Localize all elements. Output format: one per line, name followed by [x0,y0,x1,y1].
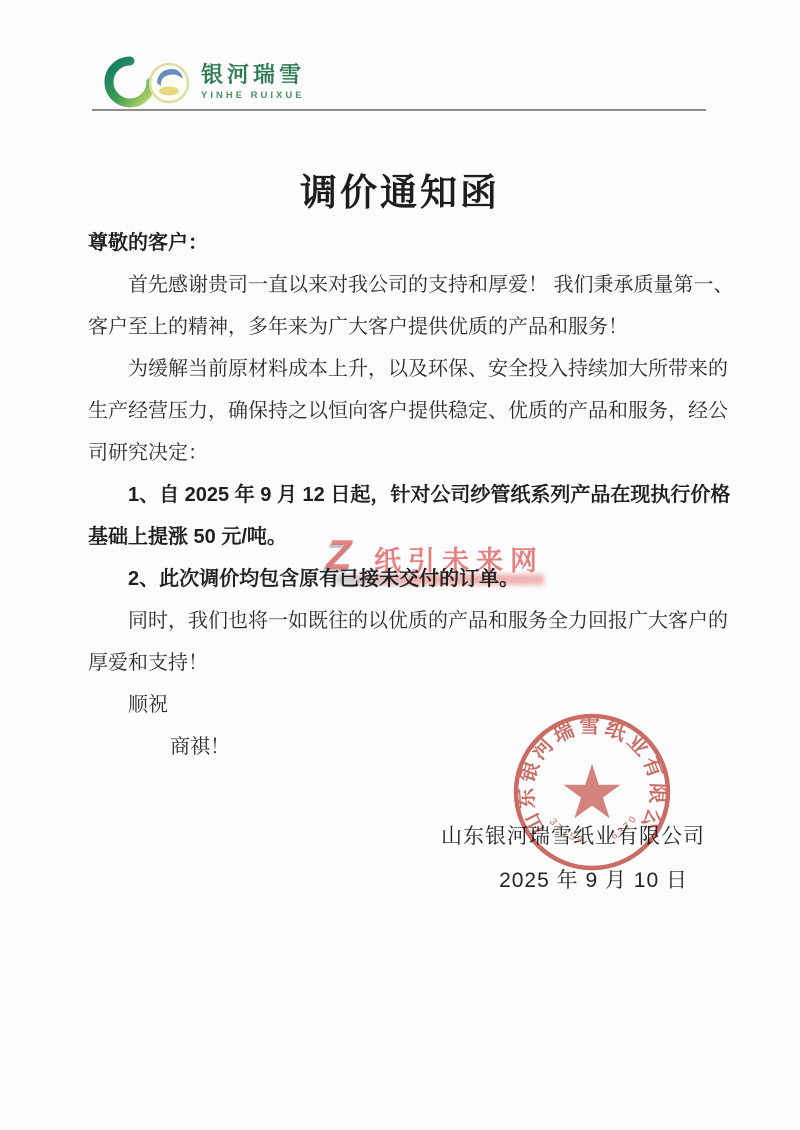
letter-line: 客户至上的精神，多年来为广大客户提供优质的产品和服务！ [88,306,728,348]
header-divider [92,109,706,111]
letter-page: 银河瑞雪 YINHE RUIXUE 调价通知函 Z 纸引未来网 尊敬的客户： 首… [0,0,800,1130]
price-item-1-cont: 基础上提涨 50 元/吨。 [88,516,728,558]
price-item-2: 2、此次调价均包含原有已接未交付的订单。 [88,558,728,600]
company-logo: 银河瑞雪 YINHE RUIXUE [104,56,305,108]
letter-line: 厚爱和支持！ [88,642,728,684]
letter-line: 生产经营压力，确保持之以恒向客户提供稳定、优质的产品和服务，经公 [88,390,728,432]
seal-star-icon [564,764,621,818]
letter-line: 同时，我们也将一如既往的以优质的产品和服务全力回报广大客户的 [88,600,728,642]
letter-line: 首先感谢贵司一直以来对我公司的支持和厚爱！ 我们秉承质量第一、 [88,264,728,306]
letter-line: 为缓解当前原材料成本上升，以及环保、安全投入持续加大所带来的 [88,348,728,390]
logo-globe-icon [147,61,191,105]
price-item-1: 1、自 2025 年 9 月 12 日起，针对公司纱管纸系列产品在现执行价格 [88,474,728,516]
company-seal: 山东银河瑞雪纸业有限公司 37159 6370 [506,706,678,878]
salutation: 尊敬的客户： [88,222,728,264]
seal-number-left: 37159 [547,817,587,847]
seal-arc-text: 山东银河瑞雪纸业有限公司 [506,706,669,838]
brand-name-cn: 银河瑞雪 [201,63,305,87]
document-title: 调价通知函 [0,162,800,216]
logo-text: 银河瑞雪 YINHE RUIXUE [201,63,305,101]
letter-line: 司研究决定： [88,432,728,474]
letter-body: 尊敬的客户： 首先感谢贵司一直以来对我公司的支持和厚爱！ 我们秉承质量第一、 客… [88,222,728,768]
seal-number-right: 6370 [609,812,640,842]
brand-name-en: YINHE RUIXUE [201,90,305,101]
